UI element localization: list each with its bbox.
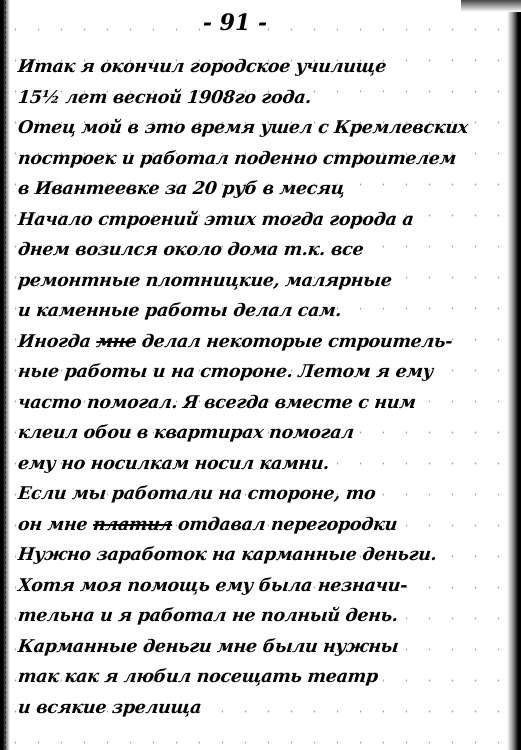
page-number: - 91 - [190, 10, 280, 36]
struck-out-word: мне [95, 332, 137, 352]
struck-out-word: платил [92, 515, 173, 535]
line-text: отдавал перегородки [171, 515, 398, 535]
manuscript-line: и каменные работы делал сам. [16, 296, 509, 327]
line-text: он мне [17, 515, 94, 535]
manuscript-line: и всякие зрелища [16, 693, 509, 724]
manuscript-line: Хотя моя помощь ему была незначи- [16, 571, 509, 602]
manuscript-line: тельна и я работал не полный день. [16, 601, 509, 632]
scan-top-edge [461, 0, 521, 12]
manuscript-line: часто помогал. Я всегда вместе с ним [16, 388, 509, 419]
manuscript-line: Нужно заработок на карманные деньги. [16, 540, 509, 571]
manuscript-line: Начало строений этих тогда города а [16, 205, 509, 236]
manuscript-line: ремонтные плотницкие, малярные [16, 266, 509, 297]
manuscript-line: днем возился около дома т.к. все [16, 235, 509, 266]
manuscript-line: построек и работал поденно строителем [16, 144, 509, 175]
manuscript-line: Если мы работали на стороне, то [16, 479, 509, 510]
manuscript-line: клеил обои в квартирах помогал [16, 418, 509, 449]
manuscript-line: ные работы и на стороне. Летом я ему [16, 357, 509, 388]
manuscript-line: Карманные деньги мне были нужны [16, 632, 509, 663]
manuscript-text: Итак я окончил городское училище15½ лет … [18, 52, 508, 723]
line-text: Иногда [17, 332, 97, 352]
manuscript-line: Иногда мне делал некоторые строитель- [16, 327, 509, 358]
manuscript-line: он мне платил отдавал перегородки [16, 510, 509, 541]
manuscript-line: в Ивантеевке за 20 руб в месяц [16, 174, 509, 205]
manuscript-line: 15½ лет весной 1908го года. [16, 83, 509, 114]
manuscript-line: Итак я окончил городское училище [16, 52, 509, 83]
line-text: делал некоторые строитель- [135, 332, 453, 352]
manuscript-line: Отец мой в это время ушел с Кремлевских [16, 113, 509, 144]
manuscript-line: ему но носилкам носил камни. [16, 449, 509, 480]
manuscript-line: так как я любил посещать театр [16, 662, 509, 693]
scan-left-edge [0, 0, 10, 750]
